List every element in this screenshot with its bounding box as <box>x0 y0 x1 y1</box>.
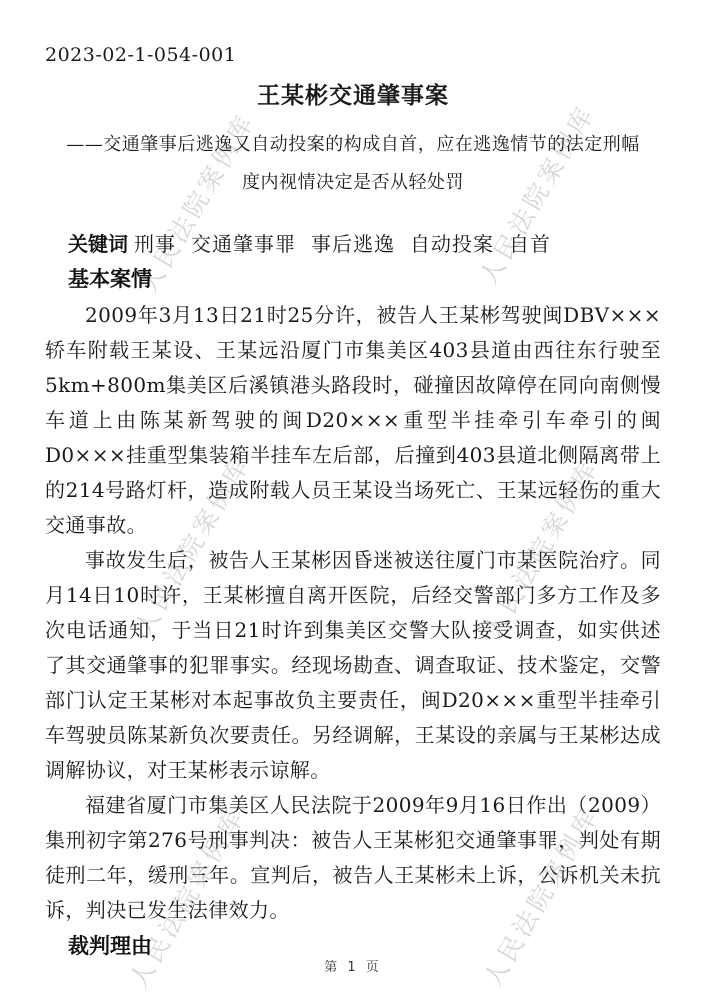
paragraph: 事故发生后，被告人王某彬因昏迷被送往厦门市某医院治疗。同月14日10时许，王某彬… <box>45 543 661 788</box>
keyword-item: 自首 <box>509 232 551 256</box>
document-content: 2023-02-1-054-001 王某彬交通肇事案 ——交通肇事后逃逸又自动投… <box>0 0 706 962</box>
section-heading-basic-facts: 基本案情 <box>68 264 661 294</box>
keyword-item: 刑事 <box>134 232 176 256</box>
paragraph: 2009年3月13日21时25分许，被告人王某彬驾驶闽DBV×××轿车附载王某设… <box>45 298 661 543</box>
keywords-label: 关键词 <box>68 232 128 256</box>
page-number-footer: 第 1 页 <box>0 956 706 975</box>
case-title: 王某彬交通肇事案 <box>45 81 661 111</box>
case-document-number: 2023-02-1-054-001 <box>45 0 661 66</box>
keyword-item: 交通肇事罪 <box>191 232 296 256</box>
keywords-row: 关键词刑事交通肇事罪事后逃逸自动投案自首 <box>68 229 661 259</box>
keyword-item: 事后逃逸 <box>311 232 395 256</box>
paragraph: 福建省厦门市集美区人民法院于2009年9月16日作出（2009）集刑初字第276… <box>45 788 661 928</box>
keyword-item: 自动投案 <box>410 232 494 256</box>
case-subtitle: ——交通肇事后逃逸又自动投案的构成自首，应在逃逸情节的法定刑幅度内视情决定是否从… <box>65 126 641 202</box>
basic-facts-body: 2009年3月13日21时25分许，被告人王某彬驾驶闽DBV×××轿车附载王某设… <box>45 298 661 928</box>
document-page: 人民法院案例库 人民法院案例库 人民法院案例库 人民法院案例库 人民法院案例库 … <box>0 0 706 999</box>
